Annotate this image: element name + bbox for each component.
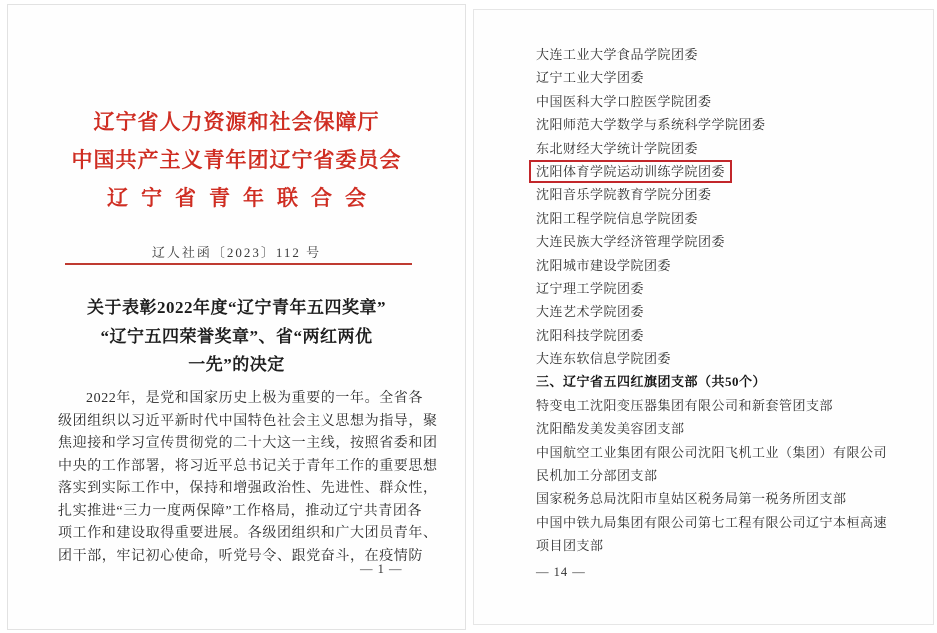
list-item: 辽宁工业大学团委 [536, 66, 925, 89]
document-number: 辽人社函〔2023〕112 号 [8, 242, 465, 261]
body-text-line: 级团组织以习近平新时代中国特色社会主义思想为指导，聚 [58, 411, 454, 434]
list-item: 项目团支部 [536, 534, 925, 557]
page-right: 大连工业大学食品学院团委辽宁工业大学团委中国医科大学口腔医学院团委沈阳师范大学数… [473, 9, 934, 625]
document-scan: 辽宁省人力资源和社会保障厅中国共产主义青年团辽宁省委员会辽宁省青年联合会 辽人社… [0, 0, 937, 633]
list-item: 大连东软信息学院团委 [536, 347, 925, 370]
title-line: 一先”的决定 [28, 351, 445, 380]
list-item: 中国医科大学口腔医学院团委 [536, 90, 925, 113]
list-item: 沈阳工程学院信息学院团委 [536, 207, 925, 230]
title-line: “辽宁五四荣誉奖章”、省“两红两优 [28, 323, 445, 352]
list-item-highlighted: 沈阳体育学院运动训练学院团委 [536, 160, 925, 183]
body-text-line: 中央的工作部署，将习近平总书记关于青年工作的重要思想 [58, 456, 454, 479]
list-item: 民机加工分部团支部 [536, 464, 925, 487]
list-item: 特变电工沈阳变压器集团有限公司和新套管团支部 [536, 394, 925, 417]
page-number-left: — 1 — [360, 562, 403, 577]
list-item: 沈阳科技学院团委 [536, 324, 925, 347]
page-left: 辽宁省人力资源和社会保障厅中国共产主义青年团辽宁省委员会辽宁省青年联合会 辽人社… [7, 4, 466, 630]
letterhead-line: 中国共产主义青年团辽宁省委员会 [8, 141, 465, 179]
letterhead-line: 辽宁省人力资源和社会保障厅 [8, 103, 465, 141]
list-item: 中国中铁九局集团有限公司第七工程有限公司辽宁本桓高速 [536, 511, 925, 534]
list-item: 大连工业大学食品学院团委 [536, 43, 925, 66]
letterhead-line: 辽宁省青年联合会 [8, 179, 465, 217]
list-item: 沈阳音乐学院教育学院分团委 [536, 183, 925, 206]
document-body: 2022年，是党和国家历史上极为重要的一年。全省各级团组织以习近平新时代中国特色… [58, 388, 454, 568]
letterhead: 辽宁省人力资源和社会保障厅中国共产主义青年团辽宁省委员会辽宁省青年联合会 [8, 103, 465, 217]
document-title: 关于表彰2022年度“辽宁青年五四奖章”“辽宁五四荣誉奖章”、省“两红两优一先”… [28, 294, 445, 380]
list-item: 中国航空工业集团有限公司沈阳飞机工业（集团）有限公司 [536, 441, 925, 464]
list-item: 沈阳城市建设学院团委 [536, 254, 925, 277]
list-item: 东北财经大学统计学院团委 [536, 137, 925, 160]
list-item: 大连艺术学院团委 [536, 300, 925, 323]
red-rule [65, 263, 412, 265]
highlight-box: 沈阳体育学院运动训练学院团委 [529, 160, 732, 183]
body-text-line: 扎实推进“三力一度两保障”工作格局，推动辽宁共青团各 [58, 501, 454, 524]
section-heading: 三、辽宁省五四红旗团支部（共50个） [536, 370, 925, 393]
page-number-right: — 14 — [536, 565, 586, 580]
body-text-line: 项工作和建设取得重要进展。各级团组织和广大团员青年、 [58, 523, 454, 546]
body-text-line: 2022年，是党和国家历史上极为重要的一年。全省各 [58, 388, 454, 411]
list-item: 沈阳师范大学数学与系统科学学院团委 [536, 113, 925, 136]
list-item: 沈阳酷发美发美容团支部 [536, 417, 925, 440]
title-line: 关于表彰2022年度“辽宁青年五四奖章” [28, 294, 445, 323]
right-page-list: 大连工业大学食品学院团委辽宁工业大学团委中国医科大学口腔医学院团委沈阳师范大学数… [536, 43, 925, 558]
list-item: 大连民族大学经济管理学院团委 [536, 230, 925, 253]
list-item: 辽宁理工学院团委 [536, 277, 925, 300]
body-text-line: 落实到实际工作中，保持和增强政治性、先进性、群众性， [58, 478, 454, 501]
body-text-line: 焦迎接和学习宣传贯彻党的二十大这一主线，按照省委和团 [58, 433, 454, 456]
list-item: 国家税务总局沈阳市皇姑区税务局第一税务所团支部 [536, 487, 925, 510]
